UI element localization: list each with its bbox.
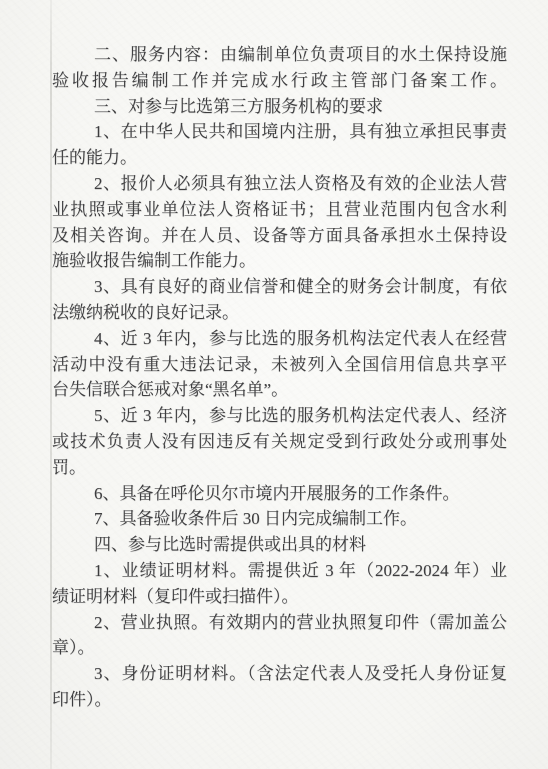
text-line-3: 三、对参与比选第三方服务机构的要求 <box>52 94 507 120</box>
text-line-1: 二、服务内容：由编制单位负责项目的水土保持设施 <box>52 42 507 68</box>
text-line-14: 台失信联合惩戒对象“黑名单”。 <box>52 377 507 403</box>
text-line-23: 2、营业执照。有效期内的营业执照复印件（需加盖公 <box>52 610 507 636</box>
scanned-document-page: 二、服务内容：由编制单位负责项目的水土保持设施验收报告编制工作并完成水行政主管部… <box>0 0 548 769</box>
text-line-6: 2、报价人必须具有独立法人资格及有效的企业法人营 <box>52 171 507 197</box>
text-line-12: 4、近 3 年内，参与比选的服务机构法定代表人在经营 <box>52 326 507 352</box>
text-line-15: 5、近 3 年内，参与比选的服务机构法定代表人、经济 <box>52 403 507 429</box>
text-line-19: 7、具备验收条件后 30 日内完成编制工作。 <box>52 506 507 532</box>
text-line-8: 及相关咨询。并在人员、设备等方面具备承担水土保持设 <box>52 223 507 249</box>
text-line-5: 任的能力。 <box>52 145 507 171</box>
text-line-10: 3、具有良好的商业信誉和健全的财务会计制度，有依 <box>52 274 507 300</box>
text-line-17: 罚。 <box>52 455 507 481</box>
text-line-11: 法缴纳税收的良好记录。 <box>52 300 507 326</box>
text-line-18: 6、具备在呼伦贝尔市境内开展服务的工作条件。 <box>52 481 507 507</box>
text-line-22: 绩证明材料（复印件或扫描件）。 <box>52 584 507 610</box>
text-line-13: 活动中没有重大违法记录，未被列入全国信用信息共享平 <box>52 352 507 378</box>
text-line-20: 四、参与比选时需提供或出具的材料 <box>52 532 507 558</box>
text-line-7: 业执照或事业单位法人资格证书；且营业范围内包含水利 <box>52 197 507 223</box>
text-line-2: 验收报告编制工作并完成水行政主管部门备案工作。 <box>52 68 507 94</box>
text-line-21: 1、业绩证明材料。需提供近 3 年（2022-2024 年）业 <box>52 558 507 584</box>
text-line-16: 或技术负责人没有因违反有关规定受到行政处分或刑事处 <box>52 429 507 455</box>
text-line-26: 印件）。 <box>52 687 507 713</box>
document-text: 二、服务内容：由编制单位负责项目的水土保持设施验收报告编制工作并完成水行政主管部… <box>52 42 507 713</box>
text-line-9: 施验收报告编制工作能力。 <box>52 248 507 274</box>
text-line-4: 1、在中华人民共和国境内注册，具有独立承担民事责 <box>52 119 507 145</box>
text-line-24: 章）。 <box>52 635 507 661</box>
text-line-25: 3、身份证明材料。（含法定代表人及受托人身份证复 <box>52 661 507 687</box>
